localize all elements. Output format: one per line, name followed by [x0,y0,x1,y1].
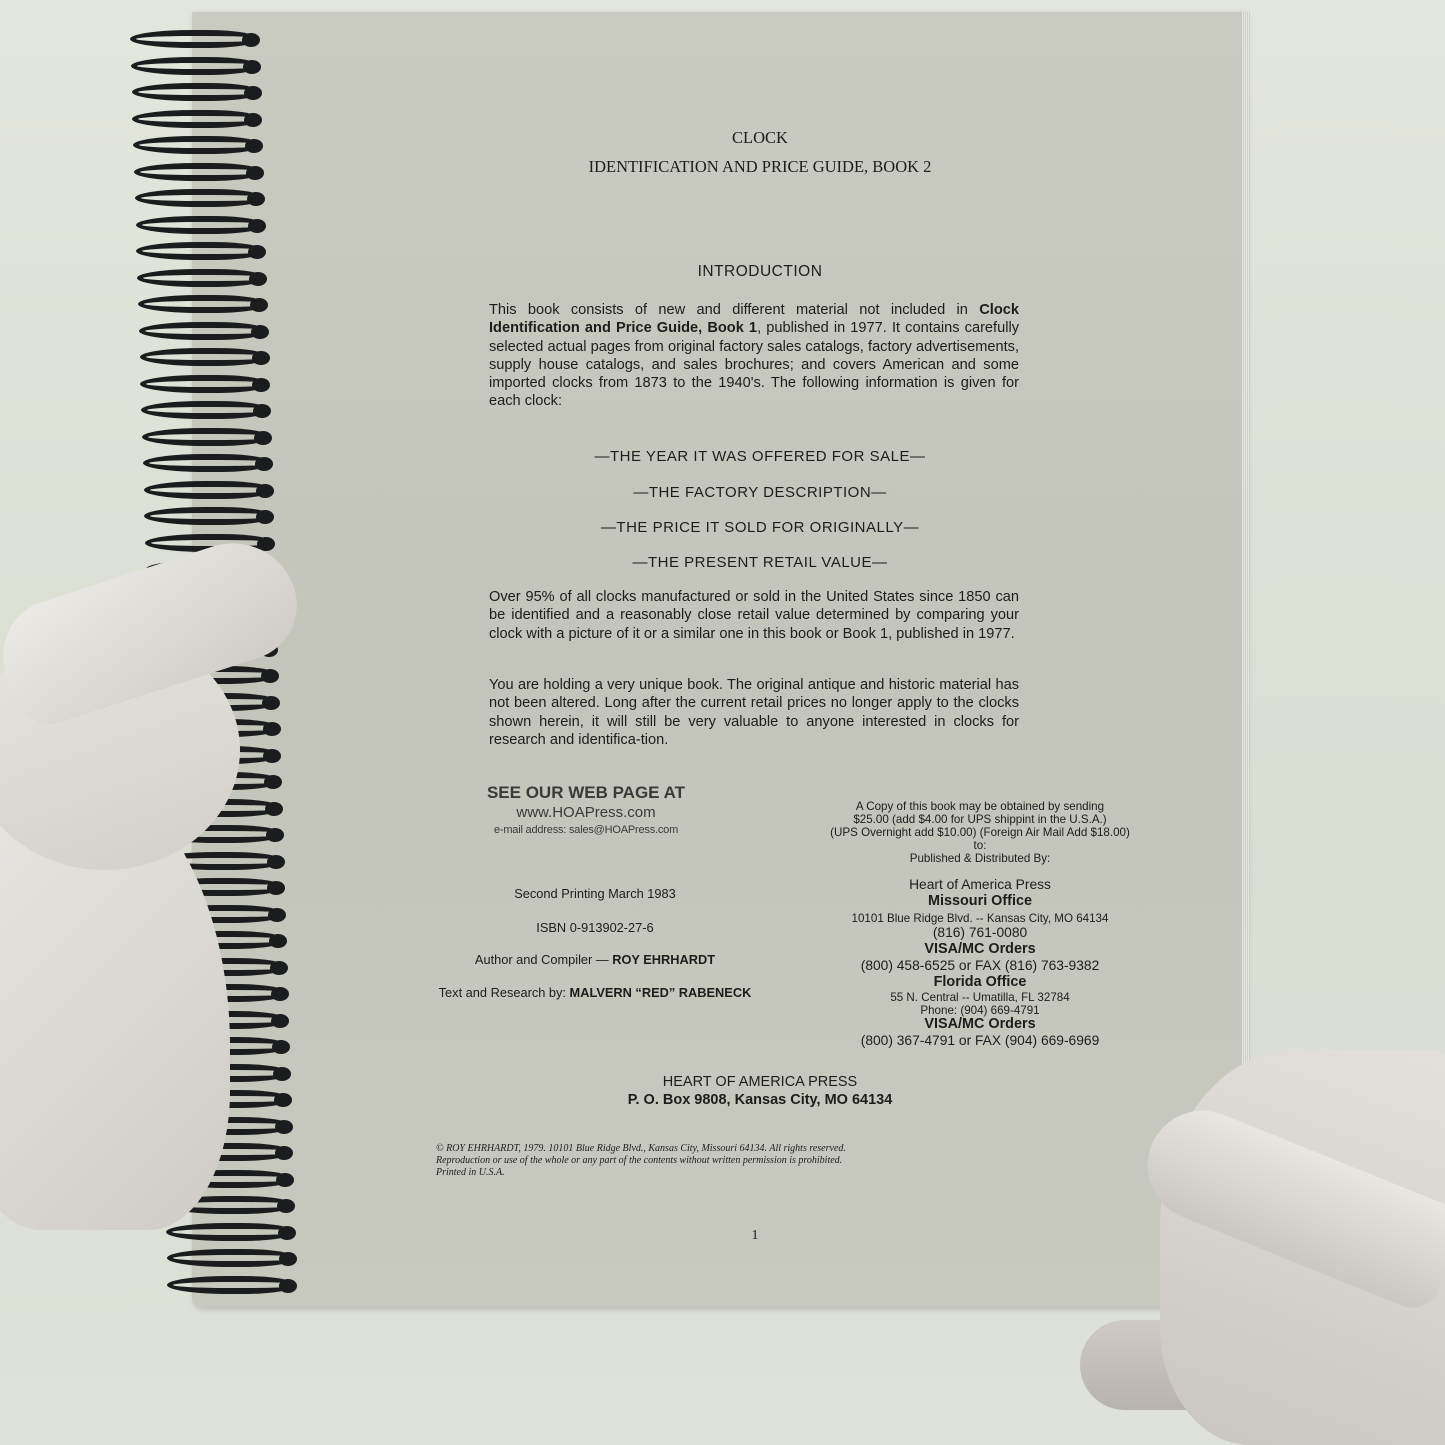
florida-office-label: Florida Office [800,974,1160,990]
paragraph-text: This book consists of new and different … [489,302,979,318]
footer-press-name: HEART OF AMERICA PRESS [480,1074,1040,1090]
spiral-coil [144,481,274,503]
intro-paragraph-3: You are holding a very unique book. The … [489,676,1019,749]
spiral-coil [139,322,269,344]
introduction-heading: INTRODUCTION [480,263,1040,281]
spiral-coil [133,136,263,158]
author-name: ROY EHRHARDT [612,952,715,967]
spiral-coil [166,1223,296,1245]
isbn: ISBN 0-913902-27-6 [400,920,790,935]
intro-paragraph-1: This book consists of new and different … [489,301,1019,411]
spiral-coil [136,242,266,264]
spiral-coil [136,216,266,238]
book-title-line2: IDENTIFICATION AND PRICE GUIDE, BOOK 2 [480,157,1040,177]
copyright-line-3: Printed in U.S.A. [436,1167,1046,1179]
intro-paragraph-2: Over 95% of all clocks manufactured or s… [489,588,1019,643]
order-line-3: (UPS Overnight add $10.00) (Foreign Air … [800,826,1160,839]
author-label: Author and Compiler — [475,952,612,967]
florida-address: 55 N. Central -- Umatilla, FL 32784 [800,991,1160,1004]
missouri-phone: (816) 761-0080 [800,925,1160,940]
info-item-original-price: —THE PRICE IT SOLD FOR ORIGINALLY— [480,519,1040,536]
visa-orders-phones-2: (800) 367-4791 or FAX (904) 669-6969 [800,1033,1160,1048]
spiral-coil [132,83,262,105]
spiral-coil [141,401,271,423]
visa-orders-label-2: VISA/MC Orders [800,1016,1160,1032]
visa-orders-phones-1: (800) 458-6525 or FAX (816) 763-9382 [800,958,1160,973]
author-credit: Author and Compiler — ROY EHRHARDT [400,952,790,967]
missouri-address: 10101 Blue Ridge Blvd. -- Kansas City, M… [800,912,1160,925]
info-item-description: —THE FACTORY DESCRIPTION— [480,484,1040,501]
visa-orders-label-1: VISA/MC Orders [800,941,1160,957]
order-line-2: $25.00 (add $4.00 for UPS shippint in th… [800,813,1160,826]
order-line-4: to: [800,839,1160,852]
info-item-year: —THE YEAR IT WAS OFFERED FOR SALE— [480,448,1040,465]
spiral-coil [144,507,274,529]
spiral-coil [140,375,270,397]
web-stamp-email: e-mail address: sales@HOAPress.com [466,824,706,836]
page-number: 1 [740,1228,770,1244]
spiral-coil [140,348,270,370]
book-title-line1: CLOCK [480,128,1040,148]
spiral-coil [134,163,264,185]
research-name: MALVERN “RED” RABENECK [570,985,752,1000]
spiral-coil [167,1249,297,1271]
spiral-coil [135,189,265,211]
research-credit: Text and Research by: MALVERN “RED” RABE… [400,985,790,1000]
spiral-coil [132,110,262,132]
info-item-retail-value: —THE PRESENT RETAIL VALUE— [480,554,1040,571]
spiral-coil [137,269,267,291]
missouri-office-label: Missouri Office [800,893,1160,909]
spiral-coil [143,454,273,476]
order-line-5: Published & Distributed By: [800,852,1160,865]
spiral-coil [138,295,268,317]
order-line-1: A Copy of this book may be obtained by s… [800,800,1160,813]
book-page [192,12,1245,1307]
copyright-line-2: Reproduction or use of the whole or any … [436,1155,1046,1167]
spiral-coil [131,57,261,79]
research-label: Text and Research by: [439,985,570,1000]
copyright-line-1: © ROY EHRHARDT, 1979. 10101 Blue Ridge B… [436,1143,1046,1155]
printing-info: Second Printing March 1983 [400,886,790,901]
spiral-coil [142,428,272,450]
footer-po-box: P. O. Box 9808, Kansas City, MO 64134 [480,1092,1040,1108]
web-stamp-url: www.HOAPress.com [466,804,706,821]
web-stamp-heading: SEE OUR WEB PAGE AT [466,783,706,803]
spiral-coil [167,1276,297,1298]
spiral-coil [130,30,260,52]
publisher-name: Heart of America Press [800,877,1160,892]
